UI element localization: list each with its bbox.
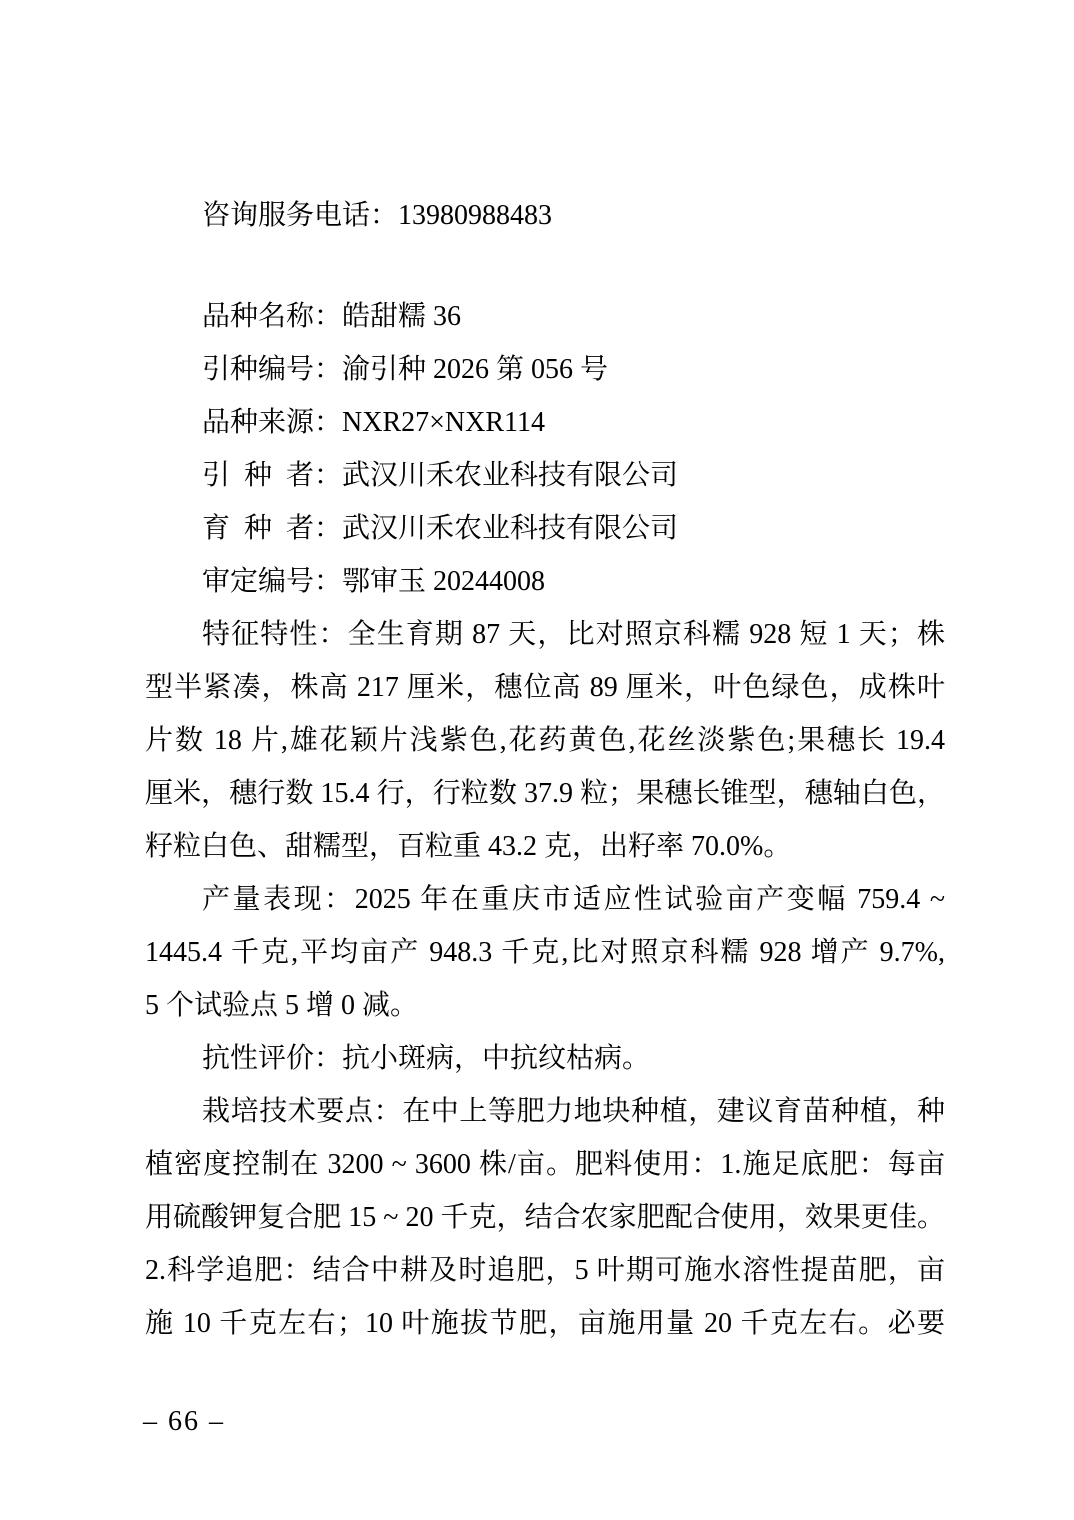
yield-performance-paragraph: 产量表现：2025 年在重庆市适应性试验亩产变幅 759.4 ~ 1445.4 …: [145, 873, 945, 1032]
field-variety-name: 品种名称：皓甜糯 36: [145, 290, 945, 343]
characteristics-line-5: 籽粒白色、甜糯型，百粒重 43.2 克，出籽率 70.0%。: [145, 820, 945, 873]
resistance-line: 抗性评价：抗小斑病，中抗纹枯病。: [145, 1032, 945, 1085]
document-content: 咨询服务电话：13980988483 品种名称：皓甜糯 36 引种编号：渝引种 …: [145, 189, 945, 1350]
characteristics-paragraph: 特征特性：全生育期 87 天，比对照京科糯 928 短 1 天；株 型半紧凑，株…: [145, 608, 945, 873]
cultivation-line-5: 施 10 千克左右；10 叶施拔节肥，亩施用量 20 千克左右。必要: [145, 1297, 945, 1350]
contact-phone-line: 咨询服务电话：13980988483: [145, 189, 945, 242]
yield-line-1: 产量表现：2025 年在重庆市适应性试验亩产变幅 759.4 ~: [145, 873, 945, 926]
variety-info-fields: 品种名称：皓甜糯 36 引种编号：渝引种 2026 第 056 号 品种来源：N…: [145, 290, 945, 608]
field-introduction-number: 引种编号：渝引种 2026 第 056 号: [145, 343, 945, 396]
characteristics-line-1: 特征特性：全生育期 87 天，比对照京科糯 928 短 1 天；株: [145, 608, 945, 661]
page-number: – 66 –: [143, 1406, 225, 1438]
field-variety-source: 品种来源：NXR27×NXR114: [145, 396, 945, 449]
field-approval-number: 审定编号：鄂审玉 20244008: [145, 555, 945, 608]
yield-line-3: 5 个试验点 5 增 0 减。: [145, 979, 945, 1032]
field-introducer: 引 种 者：武汉川禾农业科技有限公司: [145, 449, 945, 502]
cultivation-line-4: 2.科学追肥：结合中耕及时追肥，5 叶期可施水溶性提苗肥，亩: [145, 1244, 945, 1297]
cultivation-line-3: 用硫酸钾复合肥 15 ~ 20 千克，结合农家肥配合使用，效果更佳。: [145, 1191, 945, 1244]
cultivation-line-2: 植密度控制在 3200 ~ 3600 株/亩。肥料使用：1.施足底肥：每亩: [145, 1138, 945, 1191]
cultivation-paragraph: 栽培技术要点：在中上等肥力地块种植，建议育苗种植，种 植密度控制在 3200 ~…: [145, 1085, 945, 1350]
characteristics-line-2: 型半紧凑，株高 217 厘米，穗位高 89 厘米，叶色绿色，成株叶: [145, 661, 945, 714]
yield-line-2: 1445.4 千克,平均亩产 948.3 千克,比对照京科糯 928 增产 9.…: [145, 926, 945, 979]
characteristics-line-3: 片数 18 片,雄花颖片浅紫色,花药黄色,花丝淡紫色;果穗长 19.4: [145, 714, 945, 767]
document-page: 咨询服务电话：13980988483 品种名称：皓甜糯 36 引种编号：渝引种 …: [0, 0, 1074, 1520]
characteristics-line-4: 厘米，穗行数 15.4 行，行粒数 37.9 粒；果穗长锥型，穗轴白色，: [145, 767, 945, 820]
resistance-paragraph: 抗性评价：抗小斑病，中抗纹枯病。: [145, 1032, 945, 1085]
cultivation-line-1: 栽培技术要点：在中上等肥力地块种植，建议育苗种植，种: [145, 1085, 945, 1138]
field-breeder: 育 种 者：武汉川禾农业科技有限公司: [145, 502, 945, 555]
